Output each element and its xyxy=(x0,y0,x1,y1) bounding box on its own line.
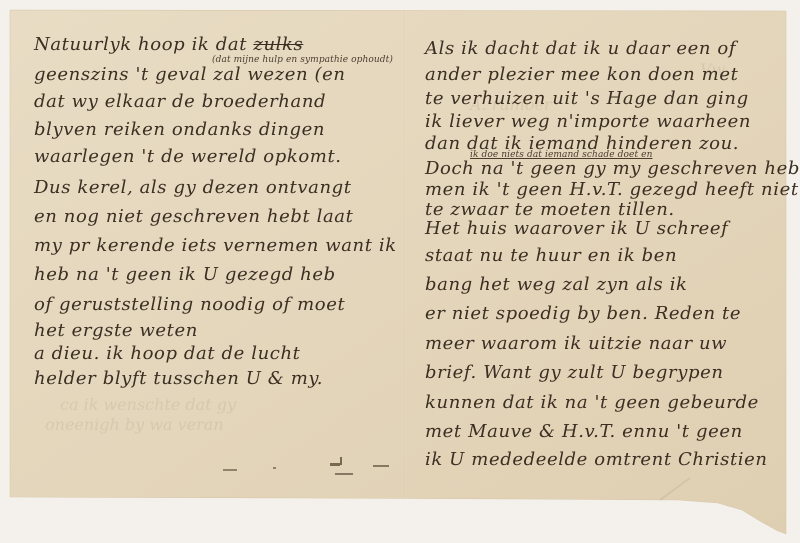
letter-line: Dus kerel, als gy dezen ontvangt xyxy=(34,179,352,197)
letter-line: brief. Want gy zult U begrypen xyxy=(425,364,724,382)
letter-line: staat nu te huur en ik ben xyxy=(425,247,677,265)
letter-line: Natuurlyk hoop ik dat zulks xyxy=(34,36,303,54)
letter-line: Als ik dacht dat ik u daar een of xyxy=(425,40,736,58)
letter-line: men ik 't geen H.v.T. gezegd heeft niet xyxy=(425,181,799,199)
letter-line: kunnen dat ik na 't geen gebeurde xyxy=(425,394,759,412)
letter-line: Doch na 't geen gy my geschreven hebt xyxy=(425,160,800,178)
letter-line: ik liever weg n'importe waarheen xyxy=(425,113,751,131)
letter-line: er niet spoedig by ben. Reden te xyxy=(425,305,741,323)
letter-line: te zwaar te moeten tillen. xyxy=(425,201,675,219)
letter-line: met Mauve & H.v.T. ennu 't geen xyxy=(425,423,743,441)
letter-line: en nog niet geschreven hebt laat xyxy=(34,208,353,226)
struck-word: zulks xyxy=(253,34,303,55)
letter-line: het ergste weten xyxy=(34,322,198,340)
letter-line: a dieu. ik hoop dat de lucht xyxy=(34,345,300,363)
letter-line: dat wy elkaar de broederhand xyxy=(34,93,326,111)
letter-line: my pr kerende iets vernemen want ik xyxy=(34,237,397,255)
letter-line: blyven reiken ondanks dingen xyxy=(34,121,325,139)
letter-line: heb na 't geen ik U gezegd heb xyxy=(34,266,336,284)
letter-line: Het huis waarover ik U schreef xyxy=(425,220,728,238)
letter-line: ik U mededeelde omtrent Christien xyxy=(425,451,768,469)
letter-line: bang het weg zal zyn als ik xyxy=(425,276,688,294)
letter-line: waarlegen 't de wereld opkomt. xyxy=(34,148,342,166)
letter-line: of geruststelling noodig of moet xyxy=(34,296,345,314)
letter-scan: A. rumoer Vw ca ik wenschte dat gy oneen… xyxy=(0,0,800,543)
letter-line: te verhuizen uit 's Hage dan ging xyxy=(425,90,749,108)
letter-line: helder blyft tusschen U & my. xyxy=(34,370,323,388)
letter-line: geenszins 't geval zal wezen (en xyxy=(34,66,346,84)
letter-line: ander plezier mee kon doen met xyxy=(425,66,738,84)
letter-line: meer waarom ik uitzie naar uw xyxy=(425,335,727,353)
